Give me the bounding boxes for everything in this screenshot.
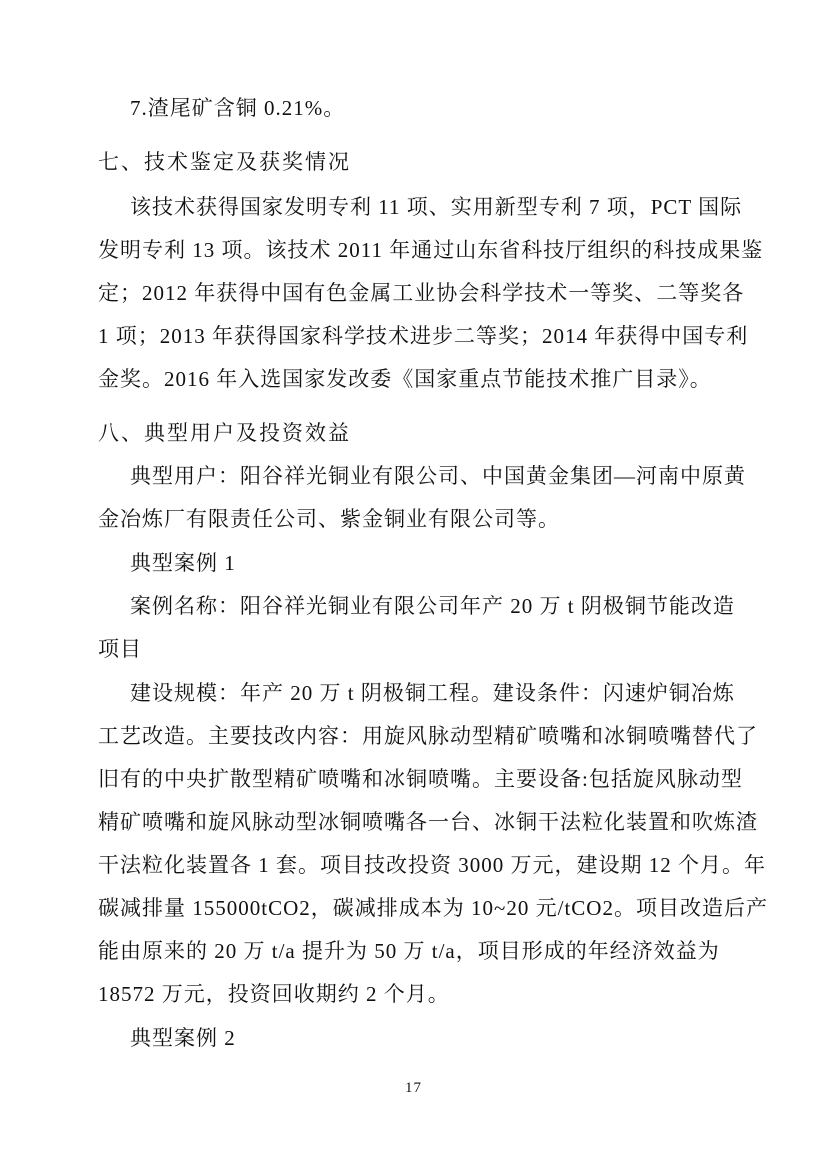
document-page: 7.渣尾矿含铜 0.21%。 七、技术鉴定及获奖情况 该技术获得国家发明专利 1… bbox=[0, 0, 827, 1169]
case-1-details-line-2: 工艺改造。主要技改内容：用旋风脉动型精矿喷嘴和冰铜喷嘴替代了 bbox=[98, 715, 758, 758]
case-1-details-line-7: 能由原来的 20 万 t/a 提升为 50 万 t/a，项目形成的年经济效益为 bbox=[98, 930, 758, 973]
heading-section-8: 八、典型用户及投资效益 bbox=[98, 412, 758, 455]
para-awards-line-3: 定；2012 年获得中国有色金属工业协会科学技术一等奖、二等奖各 bbox=[98, 272, 758, 315]
case-1-details-line-6: 碳减排量 155000tCO2，碳减排成本为 10~20 元/tCO2。项目改造… bbox=[98, 887, 758, 930]
page-number: 17 bbox=[0, 1078, 827, 1098]
case-1-details-line-3: 旧有的中央扩散型精矿喷嘴和冰铜喷嘴。主要设备:包括旋风脉动型 bbox=[98, 758, 758, 801]
case-1-details-line-4: 精矿喷嘴和旋风脉动型冰铜喷嘴各一台、冰铜干法粒化装置和吹炼渣 bbox=[98, 801, 758, 844]
para-awards-line-2: 发明专利 13 项。该技术 2011 年通过山东省科技厅组织的科技成果鉴 bbox=[98, 229, 758, 272]
heading-section-7: 七、技术鉴定及获奖情况 bbox=[98, 141, 758, 184]
case-2-label: 典型案例 2 bbox=[98, 1017, 790, 1060]
case-1-name-line-2: 项目 bbox=[98, 628, 758, 671]
para-typical-users-line-2: 金冶炼厂有限责任公司、紫金铜业有限公司等。 bbox=[98, 498, 758, 541]
para-typical-users-line-1: 典型用户：阳谷祥光铜业有限公司、中国黄金集团—河南中原黄 bbox=[98, 455, 790, 498]
case-1-label: 典型案例 1 bbox=[98, 542, 790, 585]
case-1-details-line-8: 18572 万元，投资回收期约 2 个月。 bbox=[98, 973, 758, 1016]
case-1-details-line-1: 建设规模：年产 20 万 t 阴极铜工程。建设条件：闪速炉铜冶炼 bbox=[98, 672, 790, 715]
case-1-details-line-5: 干法粒化装置各 1 套。项目技改投资 3000 万元，建设期 12 个月。年 bbox=[98, 844, 758, 887]
para-awards-line-1: 该技术获得国家发明专利 11 项、实用新型专利 7 项，PCT 国际 bbox=[98, 186, 790, 229]
para-awards-line-5: 金奖。2016 年入选国家发改委《国家重点节能技术推广目录》。 bbox=[98, 358, 758, 401]
line-tailings-copper-grade: 7.渣尾矿含铜 0.21%。 bbox=[98, 87, 790, 130]
case-1-name-line-1: 案例名称：阳谷祥光铜业有限公司年产 20 万 t 阴极铜节能改造 bbox=[98, 585, 790, 628]
para-awards-line-4: 1 项；2013 年获得国家科学技术进步二等奖；2014 年获得中国专利 bbox=[98, 315, 758, 358]
